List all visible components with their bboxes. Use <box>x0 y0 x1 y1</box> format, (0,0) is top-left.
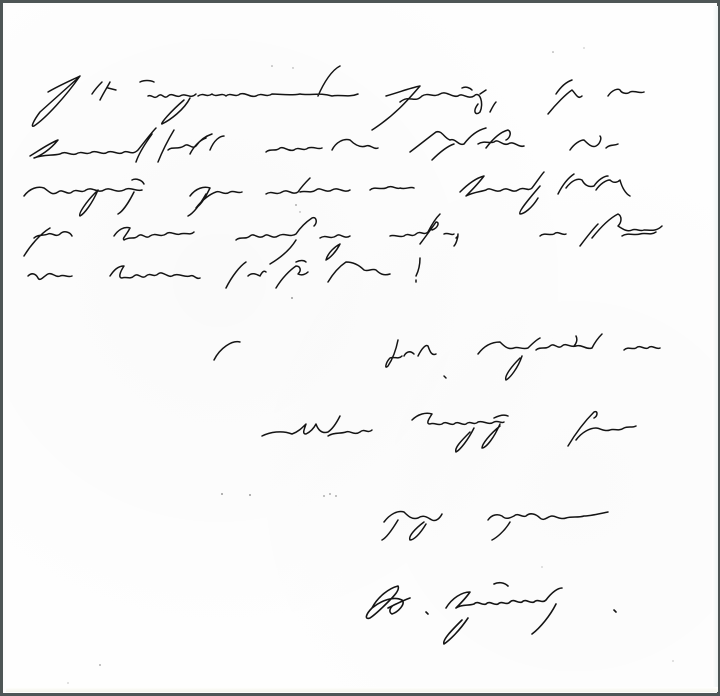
letter-line-5: aber wirklich so zu sein! <box>28 262 252 283</box>
letter-line-3: Anregung zur rationellen Landwirthschaft… <box>22 175 443 196</box>
closing-line-1: Genehmigen Sie die Versicherung meiner <box>205 348 586 369</box>
letter-line-2: Landwirthschaft von der Geschichte die <box>30 135 395 156</box>
letter-line-1: Es ist eine eigenthümliche Erscheinung, … <box>34 70 476 91</box>
closing-line-2: tiefsten Verehrung Ihrer <box>262 420 485 441</box>
paper-edge-bottom <box>6 687 718 692</box>
signature: H. Grüneberg. <box>360 590 492 611</box>
closing-line-3: ganz ergebenen <box>380 510 527 531</box>
paper-edge-right <box>712 6 718 692</box>
letter-line-4: erst Liebig empfangen muß; es scheint <box>26 222 382 243</box>
